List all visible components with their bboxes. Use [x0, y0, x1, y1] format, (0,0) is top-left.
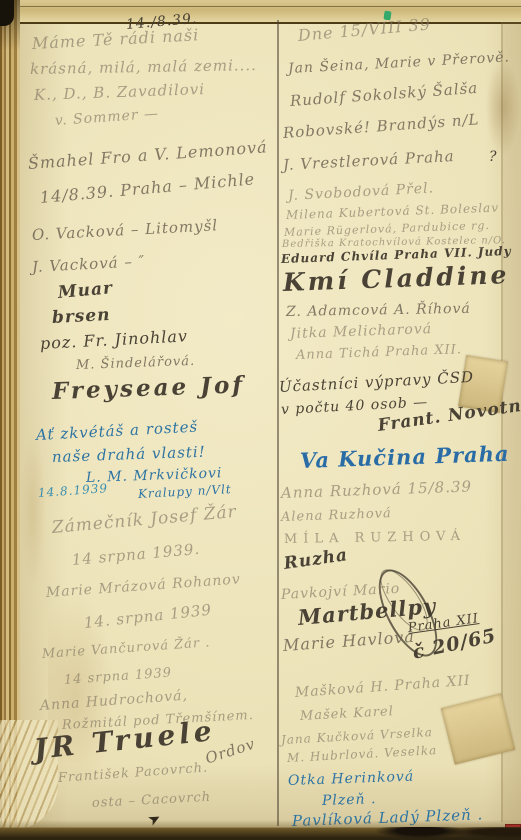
handwritten-entry: Z. Adamcová A. Říhová [286, 302, 471, 319]
handwritten-entry: Mašková H. Praha XII [295, 674, 471, 700]
handwritten-entry: Marie Havlová [282, 629, 415, 654]
guestbook-page-scan: 14./8.39.Máme Tě rádi našikrásná, milá, … [0, 0, 521, 840]
page-bottom-edge [0, 827, 521, 840]
handwritten-entry: Rudolf Sokolský Šalša [289, 81, 478, 109]
handwritten-entry: Va Kučina Praha [300, 443, 510, 471]
handwritten-entry: J. Svobodová Přel. [288, 181, 435, 203]
handwritten-entry: Plzeň . [322, 792, 377, 808]
handwritten-entry: Alena Ruzhová [281, 507, 392, 524]
handwritten-entry: J. Vrestlerová Praha [283, 149, 455, 173]
handwritten-entry: Jan Šeina, Marie v Přerově. [288, 50, 511, 76]
handwritten-entry: Otka Herinková [288, 770, 415, 788]
handwritten-entry: Anna Tichá Praha XII. [296, 343, 462, 362]
handwritten-entry: Jana Kučková Vrselka [281, 726, 433, 746]
handwritten-entry: Anna Ruzhová 15/8.39 [281, 479, 473, 501]
handwritten-entry: Dne 15/VIII 39 [297, 16, 431, 44]
handwritten-entry: Kmí Claddine [283, 262, 510, 295]
handwritten-entry: MÍLA RUZHOVÁ [284, 530, 466, 546]
handwritten-entry: Milena Kubertová St. Boleslav [286, 202, 499, 221]
handwritten-entry: M. Hubrlová. Veselka [287, 744, 438, 764]
handwritten-entry: Účastníci výpravy ČSD [279, 370, 475, 395]
handwritten-entry: Ruzha [283, 547, 349, 573]
handwritten-entry: Mašek Karel [300, 705, 395, 723]
right-column-entries: Dne 15/VIII 39Jan Šeina, Marie v Přerově… [0, 0, 521, 840]
handwritten-entry: ? [489, 150, 498, 164]
handwritten-entry: Jitka Melicharová [290, 322, 433, 341]
green-ink-mark [383, 11, 391, 21]
handwritten-entry: Robovské! Brandýs n/L [282, 112, 479, 141]
